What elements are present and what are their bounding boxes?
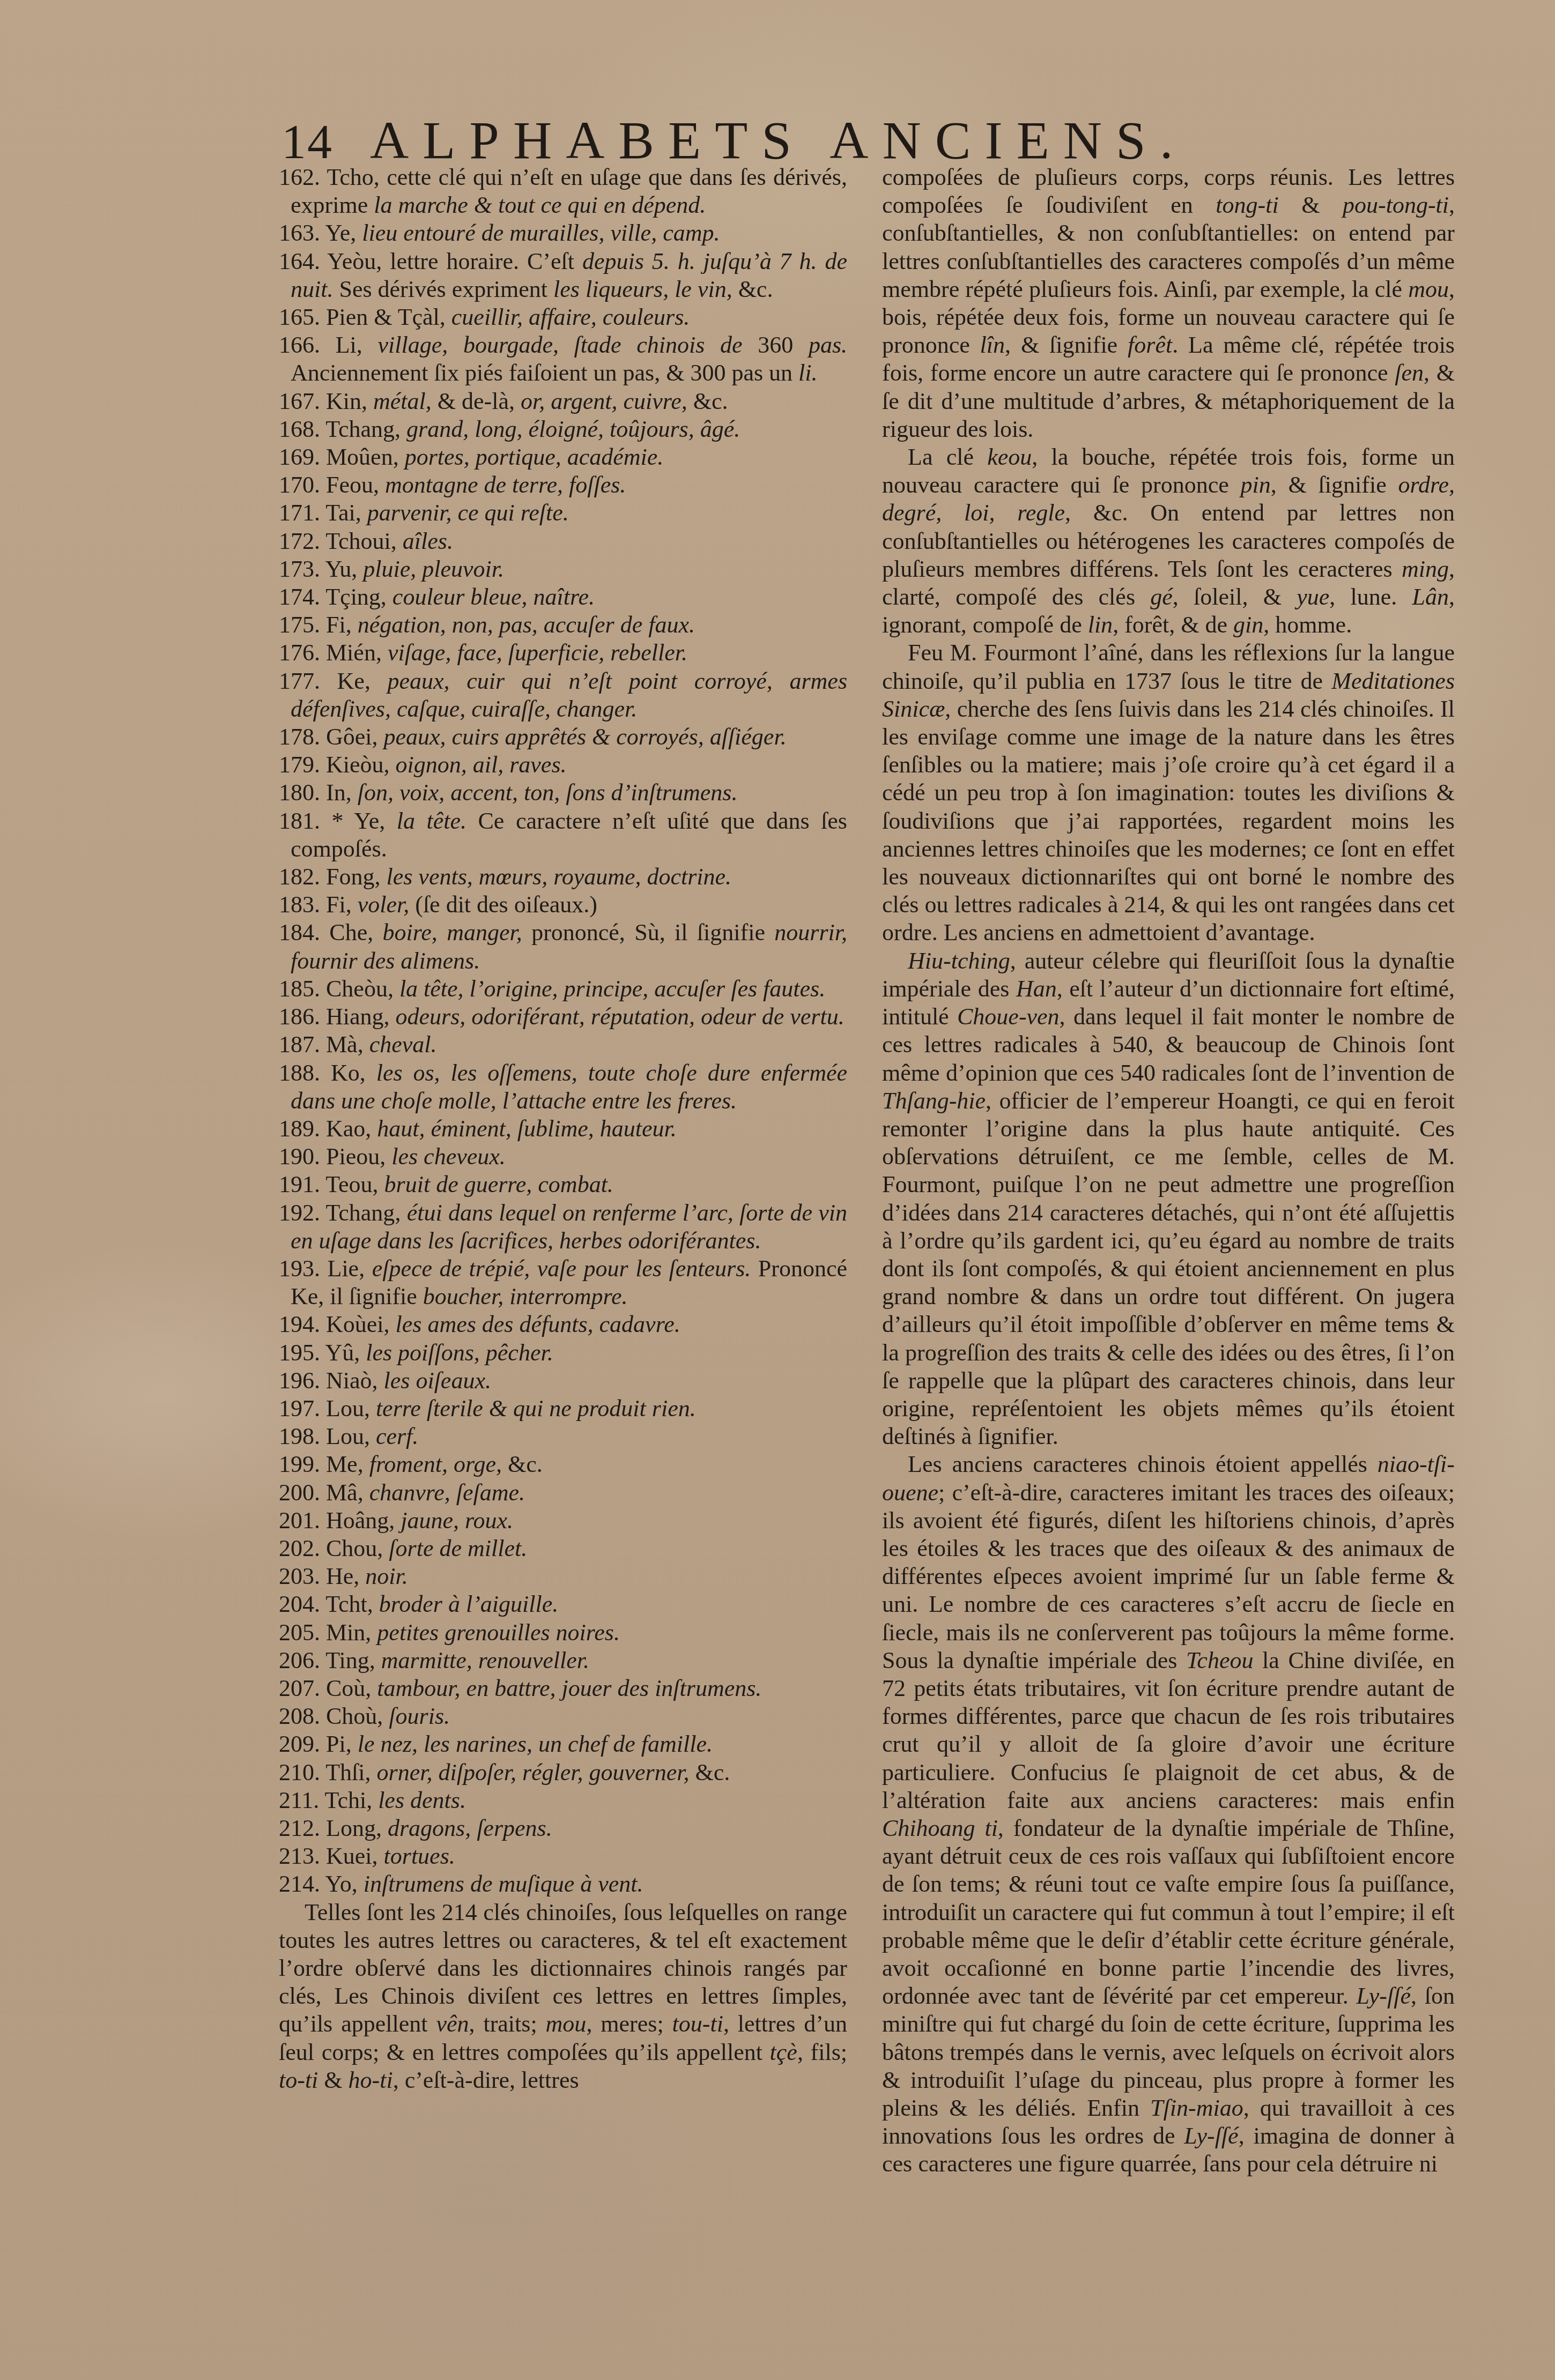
entry-word: Kin <box>326 388 361 414</box>
paragraph-text: , fils; <box>797 2039 847 2065</box>
paragraph-text: , & ſignifie <box>1005 332 1128 358</box>
entry-word: Me <box>326 1451 358 1477</box>
entry-text: , <box>346 612 358 638</box>
entry-text: &c. <box>687 388 728 414</box>
entry-gloss: dragons, ſerpens. <box>388 1815 552 1841</box>
entry-text: &c. <box>732 276 773 302</box>
entry-word: Lou <box>326 1395 364 1422</box>
entry-number: 174. <box>279 584 325 610</box>
entry-word: Long <box>326 1815 376 1841</box>
key-entry: 192. Tchang, étui dans lequel on renferm… <box>279 1199 847 1255</box>
entry-gloss: froment, orge, <box>369 1451 502 1477</box>
entry-word: Fi <box>326 612 346 638</box>
entry-text: , <box>364 1423 376 1449</box>
entry-text: , <box>367 919 382 946</box>
entry-number: 167. <box>279 388 326 414</box>
entry-gloss: les liqueurs, le vin, <box>553 276 732 302</box>
entry-gloss: inſtrumens de muſique à vent. <box>364 1871 643 1897</box>
entry-gloss: ſouris. <box>389 1703 450 1729</box>
entry-gloss: les vents, mœurs, royaume, doctrine. <box>386 864 731 890</box>
entry-number: 202. <box>279 1535 326 1561</box>
paragraph-text: , officier de l’empereur Hoangti, ce qui… <box>882 1088 1455 1449</box>
key-entry: 197. Lou, terre ſterile & qui ne produit… <box>279 1395 847 1423</box>
entry-gloss: pas. <box>809 332 847 358</box>
italic-term: Ly-ſſé <box>1357 1983 1411 2009</box>
entry-text: , <box>352 1871 364 1897</box>
entry-text: , <box>365 1115 377 1142</box>
entry-text: , <box>358 1031 369 1058</box>
italic-term: Chihoang ti <box>882 1815 998 1841</box>
entry-text: , lettre horaire. C’eſt <box>376 248 582 274</box>
entry-number: 173. <box>279 556 325 582</box>
italic-term: tong-ti <box>1216 192 1278 218</box>
entry-word: Choù <box>326 1703 377 1729</box>
entry-text: , <box>372 1843 384 1869</box>
entry-word: Kao <box>326 1115 365 1142</box>
entry-text: & de-là, <box>432 388 521 414</box>
key-entry: 206. Ting, marmitte, renouveller. <box>279 1647 847 1675</box>
body-paragraph: La clé keou, la bouche, répétée trois fo… <box>882 443 1455 639</box>
entry-word: Koùei <box>326 1311 384 1337</box>
entry-gloss: ſorte de millet. <box>389 1535 527 1561</box>
key-entry: 164. Yeòu, lettre horaire. C’eſt depuis … <box>279 248 847 303</box>
key-entry: 180. In, ſon, voix, accent, ton, ſons d’… <box>279 779 847 807</box>
key-entry: 211. Tchi, les dents. <box>279 1787 847 1814</box>
entry-text: , <box>350 220 362 246</box>
italic-term: ming <box>1402 556 1449 582</box>
entry-text: , <box>391 528 403 554</box>
entry-word: Pi <box>326 1731 346 1757</box>
key-entry: 176. Mién, viſage, face, ſuperficie, reb… <box>279 639 847 667</box>
key-entry: 214. Yo, inſtrumens de muſique à vent. <box>279 1870 847 1898</box>
italic-term: forêt <box>1128 332 1172 358</box>
paragraph-text: , cherche des ſens ſuivis dans les 214 c… <box>882 696 1455 946</box>
italic-term: Choue-ven <box>957 1003 1060 1030</box>
entry-text: , <box>373 472 385 498</box>
entry-word: Feou <box>326 472 373 498</box>
entry-gloss: la marche & tout ce qui en dépend. <box>374 192 706 218</box>
entry-text: , <box>365 668 388 694</box>
entry-number: 183. <box>279 891 326 918</box>
key-entry: 166. Li, village, bourgade, ſtade chinoi… <box>279 331 847 387</box>
entry-word: Teou <box>325 1171 372 1198</box>
entry-text: , <box>388 976 399 1002</box>
entry-word: Thſi <box>325 1759 365 1786</box>
key-entry: 162. Tcho, cette clé qui n’eſt en uſage … <box>279 163 847 219</box>
entry-gloss: petites grenouilles noires. <box>377 1619 620 1646</box>
key-entry: 169. Moûen, portes, portique, académie. <box>279 443 847 471</box>
entry-gloss: les cheveux. <box>391 1143 506 1170</box>
entry-number: 212. <box>279 1815 326 1841</box>
entry-gloss: oignon, ail, raves. <box>396 752 567 778</box>
italic-term: tou-ti <box>672 2011 723 2037</box>
entry-text: , <box>346 779 358 806</box>
entry-number: 176. <box>279 639 326 666</box>
entry-number: 213. <box>279 1843 326 1869</box>
entry-word: Niaò <box>326 1367 372 1394</box>
entry-number: 189. <box>279 1115 326 1142</box>
entry-gloss: la tête. <box>397 808 466 834</box>
entry-word: Kieòu <box>326 752 384 778</box>
entry-word: Coù <box>326 1675 365 1701</box>
paragraph-text: , traits; <box>469 2011 545 2037</box>
entry-word: Li <box>336 332 357 358</box>
entry-text: , <box>354 1340 366 1366</box>
right-column-text: compoſées de pluſieurs corps, corps réun… <box>882 163 1455 2178</box>
entry-word: Tçing <box>325 584 381 610</box>
entry-text: , <box>361 388 373 414</box>
entry-number: 187. <box>279 1031 326 1058</box>
entry-word: Hoâng <box>326 1507 389 1534</box>
entry-text: , <box>384 1003 396 1030</box>
entry-number: 181. <box>279 808 332 834</box>
entry-word: Ke <box>337 668 365 694</box>
entry-gloss: grand, long, éloigné, toûjours, âgé. <box>406 416 740 442</box>
body-paragraph: compoſées de pluſieurs corps, corps réun… <box>882 163 1455 443</box>
entry-word: Che <box>329 919 367 946</box>
entry-gloss: la tête, l’origine, principe, accuſer ſe… <box>399 976 825 1002</box>
key-entry: 167. Kin, métal, & de-là, or, argent, cu… <box>279 388 847 415</box>
entry-text: , <box>377 1535 389 1561</box>
entry-text: , <box>365 1759 377 1786</box>
paragraph-text: Les anciens caracteres chinois étoient a… <box>908 1451 1378 1477</box>
entry-gloss: cerf. <box>376 1423 418 1449</box>
entry-gloss: peaux, cuirs apprêtés & corroyés, aſſiég… <box>384 724 787 750</box>
entry-word: Fi <box>326 891 346 918</box>
key-entry: 168. Tchang, grand, long, éloigné, toûjo… <box>279 415 847 443</box>
entry-number: 168. <box>279 416 325 442</box>
entry-gloss: les ames des défunts, cadavre. <box>396 1311 680 1337</box>
italic-term: lîn <box>980 332 1005 358</box>
paragraph-text: , & ſignifie <box>1271 472 1398 498</box>
italic-term: Tcheou <box>1186 1647 1254 1674</box>
entry-word: Pien & Tçàl <box>326 304 440 330</box>
italic-term: yue <box>1297 584 1329 610</box>
entry-text: , <box>379 808 397 834</box>
key-entry: 171. Tai, parvenir, ce qui reſte. <box>279 499 847 527</box>
entry-word: In <box>326 779 346 806</box>
entry-text: , <box>346 1731 358 1757</box>
key-entry: 200. Mâ, chanvre, ſeſame. <box>279 1479 847 1507</box>
italic-term: Hiu-tching <box>908 948 1010 974</box>
paragraph-text: , ſoleil, & <box>1173 584 1297 610</box>
entry-text: , <box>357 332 378 358</box>
key-entry: 191. Teou, bruit de guerre, combat. <box>279 1171 847 1199</box>
entry-word: Yû <box>325 1340 354 1366</box>
entry-number: 208. <box>279 1703 326 1729</box>
entry-number: 188. <box>279 1060 331 1086</box>
entry-text: , <box>356 500 367 526</box>
entry-gloss: lieu entouré de murailles, ville, camp. <box>362 220 720 246</box>
entry-word: Tchang <box>326 1200 395 1226</box>
entry-number: 194. <box>279 1311 326 1337</box>
entry-word: Lie <box>328 1255 359 1282</box>
entry-gloss: parvenir, ce qui reſte. <box>367 500 569 526</box>
entry-text: , <box>395 1200 406 1226</box>
key-entry: 193. Lie, eſpece de trépié, vaſe pour le… <box>279 1255 847 1311</box>
key-entry: 189. Kao, haut, éminent, ſublime, hauteu… <box>279 1115 847 1143</box>
key-entry: 195. Yû, les poiſſons, pêcher. <box>279 1339 847 1367</box>
entry-text: , <box>377 1703 389 1729</box>
entry-text: , <box>440 304 451 330</box>
key-entry: 172. Tchoui, aîles. <box>279 527 847 555</box>
entry-text: , <box>395 416 406 442</box>
entry-gloss: boire, manger, <box>383 919 522 946</box>
entry-gloss: boucher, interrompre. <box>423 1283 628 1310</box>
key-entry: 187. Mà, cheval. <box>279 1031 847 1059</box>
entry-text: , <box>366 1787 378 1813</box>
entry-number: 172. <box>279 528 325 554</box>
entry-number: 171. <box>279 500 325 526</box>
italic-term: vên <box>436 2011 469 2037</box>
entry-number: 165. <box>279 304 326 330</box>
entry-gloss: tortues. <box>384 1843 455 1869</box>
key-entry: 177. Ke, peaux, cuir qui n’eſt point cor… <box>279 667 847 723</box>
entry-word: Tcho <box>327 164 374 190</box>
key-entry: 202. Chou, ſorte de millet. <box>279 1535 847 1563</box>
key-entry: 163. Ye, lieu entouré de murailles, vill… <box>279 219 847 247</box>
paragraph-text: & <box>1279 192 1343 218</box>
entry-word: Tchi <box>325 1787 367 1813</box>
key-entry: 186. Hiang, odeurs, odoriférant, réputat… <box>279 1003 847 1031</box>
paragraph-text: , homme. <box>1263 612 1352 638</box>
entry-text: , <box>381 584 393 610</box>
entry-number: 198. <box>279 1423 326 1449</box>
entry-number: 191. <box>279 1171 325 1198</box>
closing-paragraph: Telles ſont les 214 clés chinoiſes, ſous… <box>279 1899 847 2094</box>
entry-text: , <box>369 1647 381 1674</box>
entry-text: 360 <box>743 332 809 358</box>
key-entry: 190. Pieou, les cheveux. <box>279 1143 847 1171</box>
entry-number: 211. <box>279 1787 325 1813</box>
entry-gloss: métal, <box>373 388 432 414</box>
entry-gloss: village, bourgade, ſtade chinois de <box>377 332 742 358</box>
paragraph-text: , forêt, & de <box>1113 612 1233 638</box>
entry-number: 166. <box>279 332 336 358</box>
key-entry: 174. Tçing, couleur bleue, naître. <box>279 583 847 611</box>
entry-word: Tchang <box>325 416 395 442</box>
entry-word: Gôei <box>326 724 372 750</box>
key-entry: 183. Fi, voler, (ſe dit des oiſeaux.) <box>279 891 847 919</box>
entry-text: (ſe dit des oiſeaux.) <box>409 891 597 918</box>
entry-text: , <box>346 891 358 918</box>
entry-number: 209. <box>279 1731 326 1757</box>
entry-text: , <box>380 1143 391 1170</box>
entry-number: 190. <box>279 1143 326 1170</box>
entry-word: Chou <box>326 1535 377 1561</box>
entry-gloss: broder à l’aiguille. <box>379 1591 558 1617</box>
entry-number: 169. <box>279 444 326 470</box>
running-title: ALPHABETS ANCIENS. <box>370 114 1282 167</box>
entry-text: , <box>367 1591 379 1617</box>
italic-term: Tſin-miao <box>1150 2095 1243 2121</box>
entry-word: Tchoui <box>325 528 391 554</box>
key-entry: 209. Pi, le nez, les narines, un chef de… <box>279 1730 847 1758</box>
entry-text: &c. <box>502 1451 543 1477</box>
entry-number: 178. <box>279 724 326 750</box>
entry-number: 205. <box>279 1619 326 1646</box>
entry-text: , <box>358 1451 369 1477</box>
entry-number: 203. <box>279 1563 326 1589</box>
page-number: 14 <box>282 117 333 166</box>
entry-text: , <box>389 1507 401 1534</box>
entry-gloss: eſpece de trépié, vaſe pour les ſenteurs… <box>372 1255 751 1282</box>
key-entry: 198. Lou, cerf. <box>279 1423 847 1451</box>
key-entry: 188. Ko, les os, les oſſemens, toute cho… <box>279 1059 847 1115</box>
key-entry: 212. Long, dragons, ſerpens. <box>279 1814 847 1842</box>
entry-number: 196. <box>279 1367 326 1394</box>
entry-text: , <box>359 1255 372 1282</box>
entry-word: Yeòu <box>327 248 376 274</box>
paragraph-text: ; c’eſt-à-dire, caracteres imitant les t… <box>882 1479 1455 1674</box>
entry-word: Cheòu <box>326 976 388 1002</box>
entry-text: , <box>384 1311 396 1337</box>
key-entry: 213. Kuei, tortues. <box>279 1842 847 1870</box>
entry-text: Ses dérivés expriment <box>333 276 553 302</box>
entry-text: , <box>353 1563 365 1589</box>
key-entry: 201. Hoâng, jaune, roux. <box>279 1507 847 1535</box>
italic-term: Han <box>1016 976 1057 1002</box>
body-paragraph: Les anciens caracteres chinois étoient a… <box>882 1451 1455 2178</box>
entry-text: , <box>374 864 386 890</box>
key-entry: 204. Tcht, broder à l’aiguille. <box>279 1590 847 1618</box>
entry-word: Tai <box>325 500 356 526</box>
entry-number: 214. <box>279 1871 325 1897</box>
entry-number: 206. <box>279 1647 325 1674</box>
entry-number: 185. <box>279 976 326 1002</box>
entry-text: , <box>373 1171 384 1198</box>
entry-number: 162. <box>279 164 327 190</box>
entry-word: Moûen <box>326 444 393 470</box>
italic-term: pin <box>1241 472 1271 498</box>
entry-number: 192. <box>279 1200 326 1226</box>
entry-text: , <box>372 724 384 750</box>
entry-gloss: cueillir, affaire, couleurs. <box>451 304 690 330</box>
italic-term: pou-tong-ti <box>1343 192 1449 218</box>
paragraph-text: , c’eſt-à-dire, lettres <box>393 2067 579 2093</box>
right-column: compoſées de pluſieurs corps, corps réun… <box>882 163 1455 2178</box>
entry-gloss: li. <box>798 360 817 386</box>
italic-term: ſen <box>1395 360 1424 386</box>
italic-term: ho-ti <box>349 2067 393 2093</box>
left-column: 162. Tcho, cette clé qui n’eſt en uſage … <box>279 163 847 2094</box>
key-entry: 182. Fong, les vents, mœurs, royaume, do… <box>279 863 847 891</box>
entry-text: , <box>384 752 396 778</box>
entry-gloss: aîles. <box>403 528 453 554</box>
entry-number: 175. <box>279 612 326 638</box>
entry-number: 210. <box>279 1759 325 1786</box>
italic-term: tçè <box>770 2039 797 2065</box>
radical-key-list: 162. Tcho, cette clé qui n’eſt en uſage … <box>279 163 847 1899</box>
entry-gloss: les oiſeaux. <box>384 1367 491 1394</box>
entry-number: 200. <box>279 1479 326 1506</box>
key-entry: 194. Koùei, les ames des défunts, cadavr… <box>279 1311 847 1338</box>
entry-number: 179. <box>279 752 326 778</box>
italic-term: lin <box>1088 612 1113 638</box>
italic-term: mou <box>546 2011 587 2037</box>
entry-number: 193. <box>279 1255 328 1282</box>
entry-gloss: négation, non, pas, accuſer de faux. <box>358 612 695 638</box>
entry-text: , <box>376 639 388 666</box>
entry-gloss: orner, diſpoſer, régler, gouverner, <box>377 1759 690 1786</box>
entry-word: Kuei <box>326 1843 372 1869</box>
key-entry: 208. Choù, ſouris. <box>279 1702 847 1730</box>
entry-text: Anciennement ſix piés faiſoient un pas, … <box>291 360 798 386</box>
key-entry: 207. Coù, tambour, en battre, jouer des … <box>279 1675 847 1702</box>
entry-text: , <box>365 1675 377 1701</box>
entry-gloss: les dents. <box>378 1787 466 1813</box>
entry-text: , <box>360 1060 376 1086</box>
entry-text: , <box>372 1367 384 1394</box>
entry-word: Fong <box>326 864 374 890</box>
key-entry: 181. * Ye, la tête. Ce caractere n’eſt u… <box>279 807 847 863</box>
key-entry: 170. Feou, montagne de terre, foſſes. <box>279 471 847 499</box>
key-entry: 185. Cheòu, la tête, l’origine, principe… <box>279 975 847 1003</box>
entry-gloss: terre ſterile & qui ne produit rien. <box>376 1395 696 1422</box>
entry-number: 186. <box>279 1003 326 1030</box>
entry-gloss: portes, portique, académie. <box>405 444 664 470</box>
entry-word: Ye <box>325 220 350 246</box>
paragraph-text: , fondateur de la dynaſtie impériale de … <box>882 1815 1455 2009</box>
entry-word: He <box>326 1563 353 1589</box>
entry-number: 207. <box>279 1675 326 1701</box>
key-entry: 210. Thſi, orner, diſpoſer, régler, gouv… <box>279 1759 847 1787</box>
entry-gloss: tambour, en battre, jouer des inſtrumens… <box>377 1675 761 1701</box>
entry-word: Tcht <box>325 1591 367 1617</box>
italic-term: to-ti <box>279 2067 318 2093</box>
entry-number: 177. <box>279 668 337 694</box>
entry-text: prononcé, Sù, il ſignifie <box>522 919 775 946</box>
body-paragraph: Hiu-tching, auteur célebre qui fleuriſſo… <box>882 947 1455 1451</box>
entry-gloss: bruit de guerre, combat. <box>384 1171 613 1198</box>
entry-gloss: marmitte, renouveller. <box>381 1647 589 1674</box>
key-entry: 205. Min, petites grenouilles noires. <box>279 1619 847 1647</box>
key-entry: 178. Gôei, peaux, cuirs apprêtés & corro… <box>279 723 847 751</box>
entry-word: Ko <box>331 1060 360 1086</box>
italic-term: Thſang-hie <box>882 1088 986 1114</box>
italic-term: gin <box>1233 612 1263 638</box>
key-entry: 175. Fi, négation, non, pas, accuſer de … <box>279 611 847 639</box>
italic-term: keou <box>987 444 1032 470</box>
italic-term: mou <box>1408 276 1449 302</box>
entry-word: Min <box>326 1619 365 1646</box>
entry-gloss: pluie, pleuvoir. <box>363 556 504 582</box>
entry-word: Hiang <box>326 1003 384 1030</box>
entry-word: Yu <box>325 556 351 582</box>
entry-gloss: odeurs, odoriférant, réputation, odeur d… <box>396 1003 845 1030</box>
entry-word: Ting <box>325 1647 369 1674</box>
entry-text: , <box>393 444 405 470</box>
entry-gloss: ſon, voix, accent, ton, ſons d’inſtrumen… <box>358 779 738 806</box>
key-entry: 165. Pien & Tçàl, cueillir, affaire, cou… <box>279 303 847 331</box>
paragraph-text: La clé <box>908 444 987 470</box>
key-entry: 199. Me, froment, orge, &c. <box>279 1451 847 1478</box>
entry-number: 163. <box>279 220 325 246</box>
italic-term: gé <box>1150 584 1173 610</box>
italic-term: Ly-ſſé <box>1184 2123 1238 2149</box>
paragraph-text: & <box>318 2067 348 2093</box>
entry-word: Lou <box>326 1423 364 1449</box>
entry-text: , <box>365 1619 377 1646</box>
body-paragraph: Feu M. Fourmont l’aîné, dans les réflexi… <box>882 639 1455 947</box>
entry-word: Yo <box>325 1871 351 1897</box>
entry-text: , <box>364 1395 376 1422</box>
entry-text: , <box>358 1479 369 1506</box>
entry-text: , <box>376 1815 388 1841</box>
entry-text: , <box>351 556 363 582</box>
paragraph-text: , lune. <box>1329 584 1412 610</box>
key-entry: 184. Che, boire, manger, prononcé, Sù, i… <box>279 919 847 975</box>
